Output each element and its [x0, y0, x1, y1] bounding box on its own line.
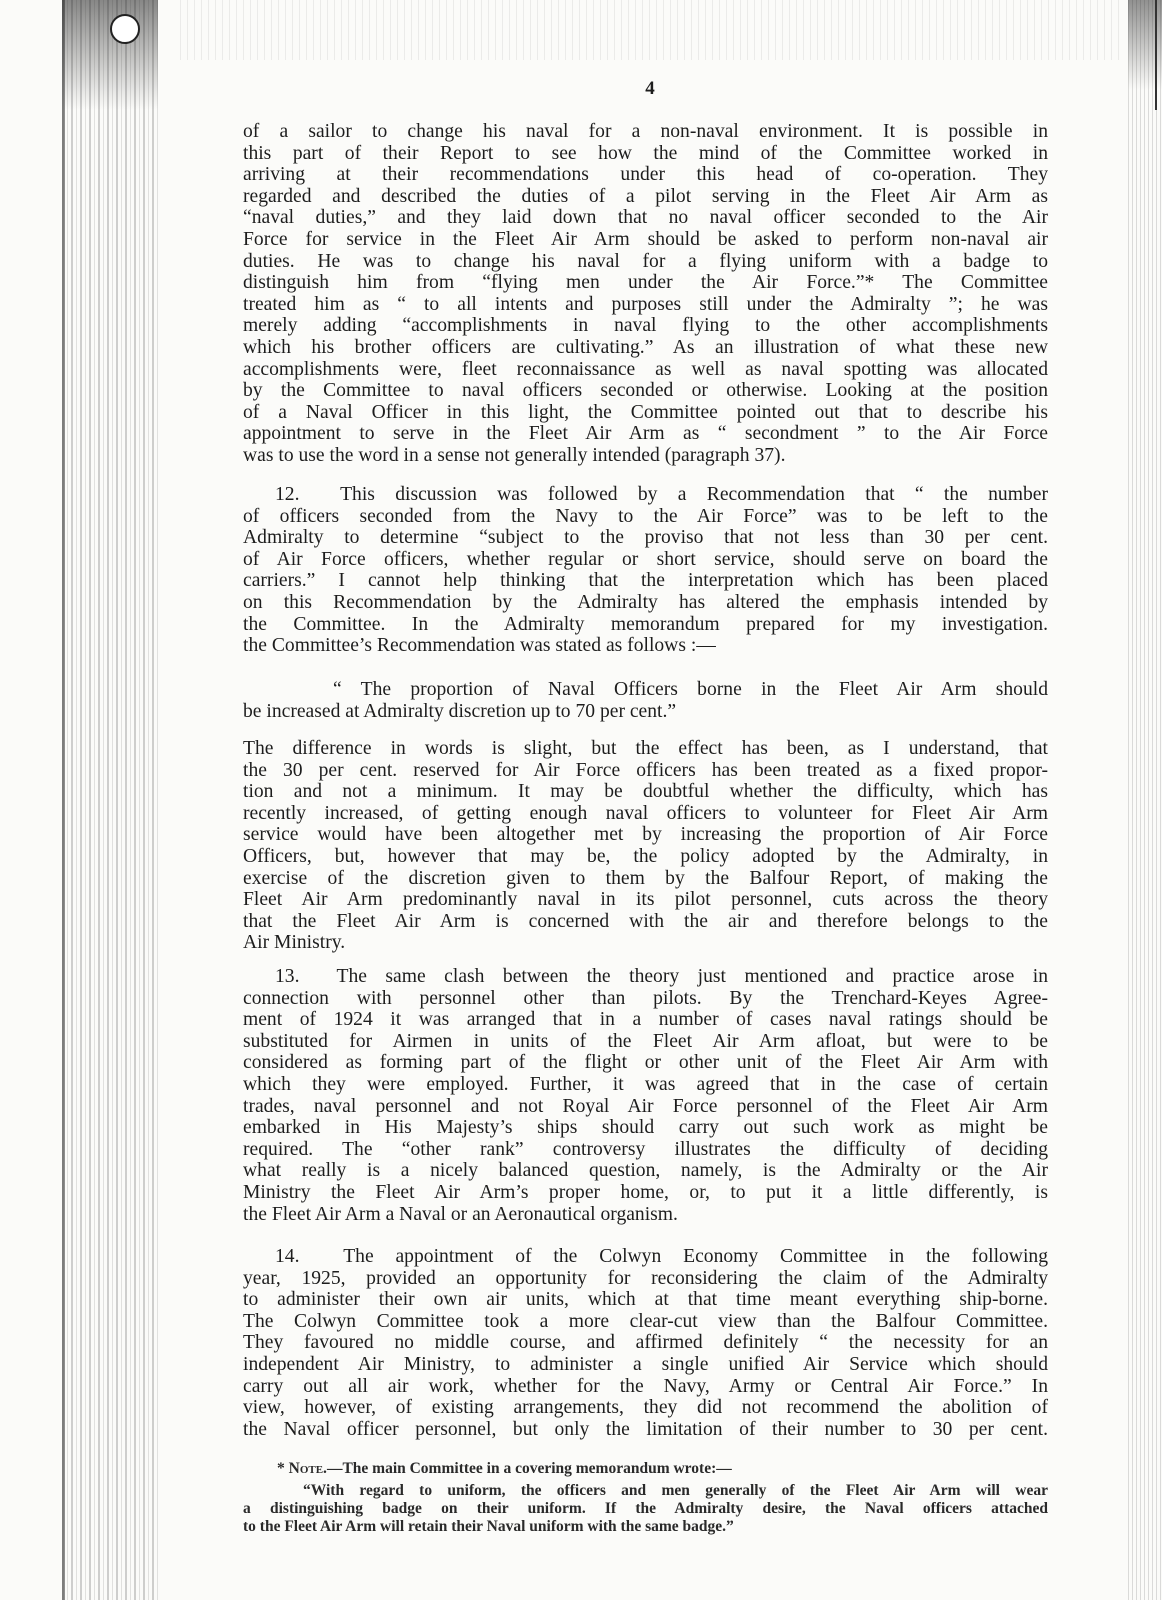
text-line: considered as forming part of the flight… [243, 1052, 1048, 1074]
text-line: carry out all air work, whether for the … [243, 1376, 1048, 1398]
footnote: * Note.—The main Committee in a covering… [243, 1460, 1048, 1536]
text-line: view, however, of existing arrangements,… [243, 1397, 1048, 1419]
text-line: a distinguishing badge on their uniform.… [243, 1500, 1048, 1518]
quotation: “ The proportion of Naval Officers borne… [243, 679, 1048, 723]
paragraph-after-quotation: The difference in words is slight, but t… [243, 738, 1048, 954]
text-line: was to use the word in a sense not gener… [243, 445, 1048, 467]
text-line: of a sailor to change his naval for a no… [243, 121, 1048, 143]
text-line: Officers, but, however that may be, the … [243, 846, 1048, 868]
text-line: exercise of the discretion given to them… [243, 868, 1048, 890]
footnote-quotation: “With regard to uniform, the officers an… [243, 1482, 1048, 1536]
text-line: appointment to serve in the Fleet Air Ar… [243, 423, 1048, 445]
text-line: that the Fleet Air Arm is concerned with… [243, 911, 1048, 933]
text-line: recently increased, of getting enough na… [243, 803, 1048, 825]
text-line: distinguish him from “flying men under t… [243, 272, 1048, 294]
scan-binding-shadow [62, 0, 158, 1600]
text-line: substituted for Airmen in units of the F… [243, 1031, 1048, 1053]
footnote-marker: * [277, 1460, 285, 1477]
scan-top-speckle [180, 0, 1120, 60]
paragraph-number: 14. [275, 1246, 300, 1267]
text-line: ment of 1924 it was arranged that in a n… [243, 1009, 1048, 1031]
text-line: “naval duties,” and they laid down that … [243, 207, 1048, 229]
text-line: service would have been altogether met b… [243, 824, 1048, 846]
paragraph-13: 13. The same clash between the theory ju… [243, 966, 1048, 1225]
text-line: the Committee. In the Admiralty memorand… [243, 614, 1048, 636]
text-line: tion and not a minimum. It may be doubtf… [243, 781, 1048, 803]
text-line: accomplishments were, fleet reconnaissan… [243, 359, 1048, 381]
text-line: 13. The same clash between the theory ju… [243, 966, 1048, 988]
text-line: 14. The appointment of the Colwyn Econom… [243, 1246, 1048, 1268]
paragraph-12: 12. This discussion was followed by a Re… [243, 484, 1048, 657]
text-line: duties. He was to change his naval for a… [243, 251, 1048, 273]
paragraph-number: 13. [275, 966, 300, 987]
text-line: trades, naval personnel and not Royal Ai… [243, 1096, 1048, 1118]
text-line: on this Recommendation by the Admiralty … [243, 592, 1048, 614]
text-line: of officers seconded from the Navy to th… [243, 506, 1048, 528]
punch-hole-icon [110, 14, 140, 44]
text-line: merely adding “accomplishments in naval … [243, 315, 1048, 337]
text-line: the Naval officer personnel, but only th… [243, 1419, 1048, 1441]
text-line: the Committee’s Recommendation was state… [243, 635, 1048, 657]
paragraph-14: 14. The appointment of the Colwyn Econom… [243, 1246, 1048, 1440]
text-line: treated him as “ to all intents and purp… [243, 294, 1048, 316]
text-line: Air Ministry. [243, 932, 1048, 954]
paragraph-number: 12. [275, 484, 300, 505]
text-line: the Fleet Air Arm a Naval or an Aeronaut… [243, 1204, 1048, 1226]
paragraph-continuation: of a sailor to change his naval for a no… [243, 121, 1048, 467]
text-line: “ The proportion of Naval Officers borne… [243, 679, 1048, 701]
text-line: They favoured no middle course, and affi… [243, 1332, 1048, 1354]
text-line: embarked in His Majesty’s ships should c… [243, 1117, 1048, 1139]
text-line: to administer their own air units, which… [243, 1289, 1048, 1311]
page-number: 4 [0, 78, 1162, 100]
text-line: which his brother officers are cultivati… [243, 337, 1048, 359]
text-line: of Air Force officers, whether regular o… [243, 549, 1048, 571]
text-line: which they were employed. Further, it wa… [243, 1074, 1048, 1096]
text-line: arriving at their recommendations under … [243, 164, 1048, 186]
text-line: independent Air Ministry, to administer … [243, 1354, 1048, 1376]
text-line: to the Fleet Air Arm will retain their N… [243, 1518, 1048, 1536]
text-line: connection with personnel other than pil… [243, 988, 1048, 1010]
text-line: what really is a nicely balanced questio… [243, 1160, 1048, 1182]
text-line: by the Committee to naval officers secon… [243, 380, 1048, 402]
text-line: Force for service in the Fleet Air Arm s… [243, 229, 1048, 251]
text-line: be increased at Admiralty discretion up … [243, 701, 1048, 723]
text-line: regarded and described the duties of a p… [243, 186, 1048, 208]
text-line: the 30 per cent. reserved for Air Force … [243, 760, 1048, 782]
text-line: Ministry the Fleet Air Arm’s proper home… [243, 1182, 1048, 1204]
text-line: required. The “other rank” controversy i… [243, 1139, 1048, 1161]
footnote-label: Note. [289, 1460, 327, 1477]
text-line: “With regard to uniform, the officers an… [243, 1482, 1048, 1500]
text-line: The Colwyn Committee took a more clear-c… [243, 1311, 1048, 1333]
text-line: of a Naval Officer in this light, the Co… [243, 402, 1048, 424]
text-line: The difference in words is slight, but t… [243, 738, 1048, 760]
scan-right-edge-shadow [1128, 0, 1162, 1600]
text-line: year, 1925, provided an opportunity for … [243, 1268, 1048, 1290]
text-line: Admiralty to determine “subject to the p… [243, 527, 1048, 549]
text-line: carriers.” I cannot help thinking that t… [243, 570, 1048, 592]
text-line: this part of their Report to see how the… [243, 143, 1048, 165]
footnote-heading: * Note.—The main Committee in a covering… [243, 1460, 1048, 1478]
text-line: Fleet Air Arm predominantly naval in its… [243, 889, 1048, 911]
text-line: 12. This discussion was followed by a Re… [243, 484, 1048, 506]
